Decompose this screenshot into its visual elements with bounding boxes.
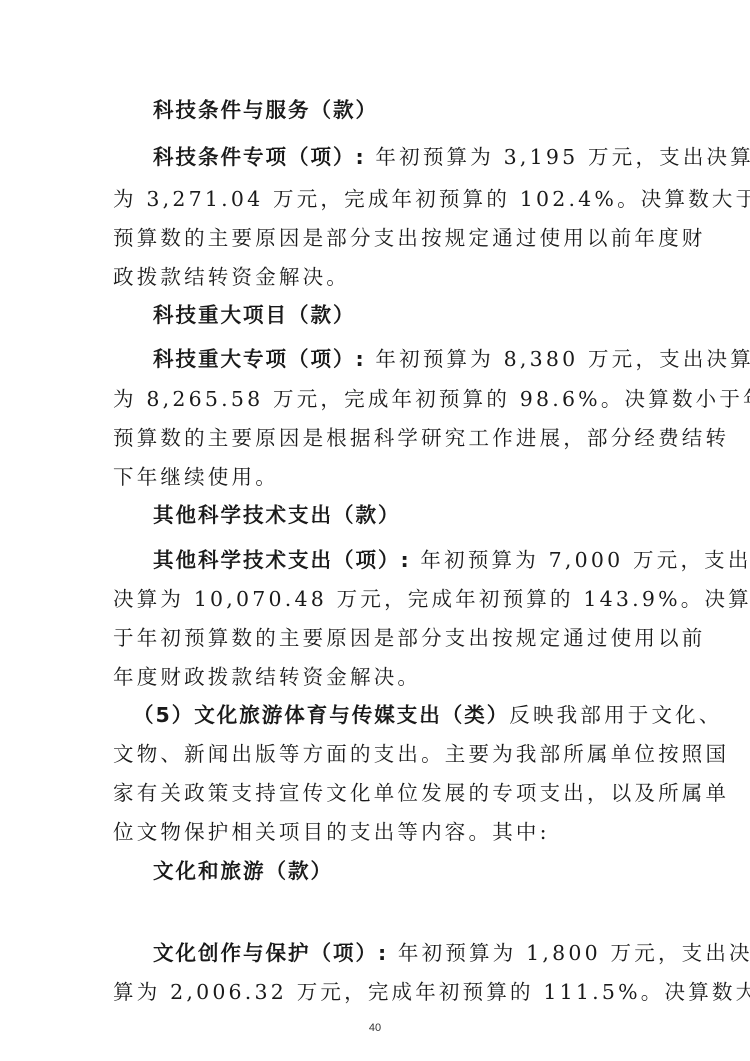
- section-heading: 科技条件与服务（款）: [153, 98, 378, 122]
- paragraph-line: 位文物保护相关项目的支出等内容。其中:: [113, 820, 641, 844]
- paragraph-line: 家有关政策支持宣传文化单位发展的专项支出，以及所属单: [113, 781, 641, 805]
- item-label: 科技条件专项（项）:: [153, 145, 366, 169]
- paragraph-line: 下年继续使用。: [113, 465, 641, 489]
- paragraph-line: 为 8,265.58 万元，完成年初预算的 98.6%。决算数小于年初: [113, 387, 641, 411]
- paragraph-line: 决算为 10,070.48 万元，完成年初预算的 143.9%。决算数大: [113, 587, 641, 611]
- section-heading: 科技重大项目（款）: [153, 303, 356, 327]
- paragraph-line: 文化创作与保护（项）: 年初预算为 1,800 万元，支出决: [153, 941, 641, 965]
- paragraph-line: 科技条件专项（项）: 年初预算为 3,195 万元，支出决算: [153, 145, 641, 169]
- item-label: 文化创作与保护（项）:: [153, 941, 388, 965]
- paragraph-line: 政拨款结转资金解决。: [113, 265, 641, 289]
- paragraph-line: 年度财政拨款结转资金解决。: [113, 665, 641, 689]
- paragraph-line: 于年初预算数的主要原因是部分支出按规定通过使用以前: [113, 626, 641, 650]
- paragraph-line: 预算数的主要原因是部分支出按规定通过使用以前年度财: [113, 226, 641, 250]
- item-label: 科技重大专项（项）:: [153, 347, 366, 371]
- item-label: 其他科学技术支出（项）:: [153, 548, 411, 572]
- paragraph-line: 科技重大专项（项）: 年初预算为 8,380 万元，支出决算: [153, 347, 641, 371]
- page-number: 40: [0, 1022, 750, 1034]
- paragraph-line: 其他科学技术支出（项）: 年初预算为 7,000 万元，支出: [153, 548, 641, 572]
- section-heading: 文化和旅游（款）: [153, 859, 333, 883]
- category-label: （5）文化旅游体育与传媒支出（类）: [133, 703, 509, 727]
- document-page: 科技条件与服务（款） 科技条件专项（项）: 年初预算为 3,195 万元，支出决…: [0, 0, 750, 1061]
- paragraph-line: 为 3,271.04 万元，完成年初预算的 102.4%。决算数大于年初: [113, 187, 641, 211]
- category-line: （5）文化旅游体育与传媒支出（类）反映我部用于文化、: [133, 703, 641, 727]
- paragraph-line: 预算数的主要原因是根据科学研究工作进展，部分经费结转: [113, 426, 641, 450]
- paragraph-line: 算为 2,006.32 万元，完成年初预算的 111.5%。决算数大于年: [113, 980, 641, 1004]
- section-heading: 其他科学技术支出（款）: [153, 503, 401, 527]
- paragraph-line: 文物、新闻出版等方面的支出。主要为我部所属单位按照国: [113, 742, 641, 766]
